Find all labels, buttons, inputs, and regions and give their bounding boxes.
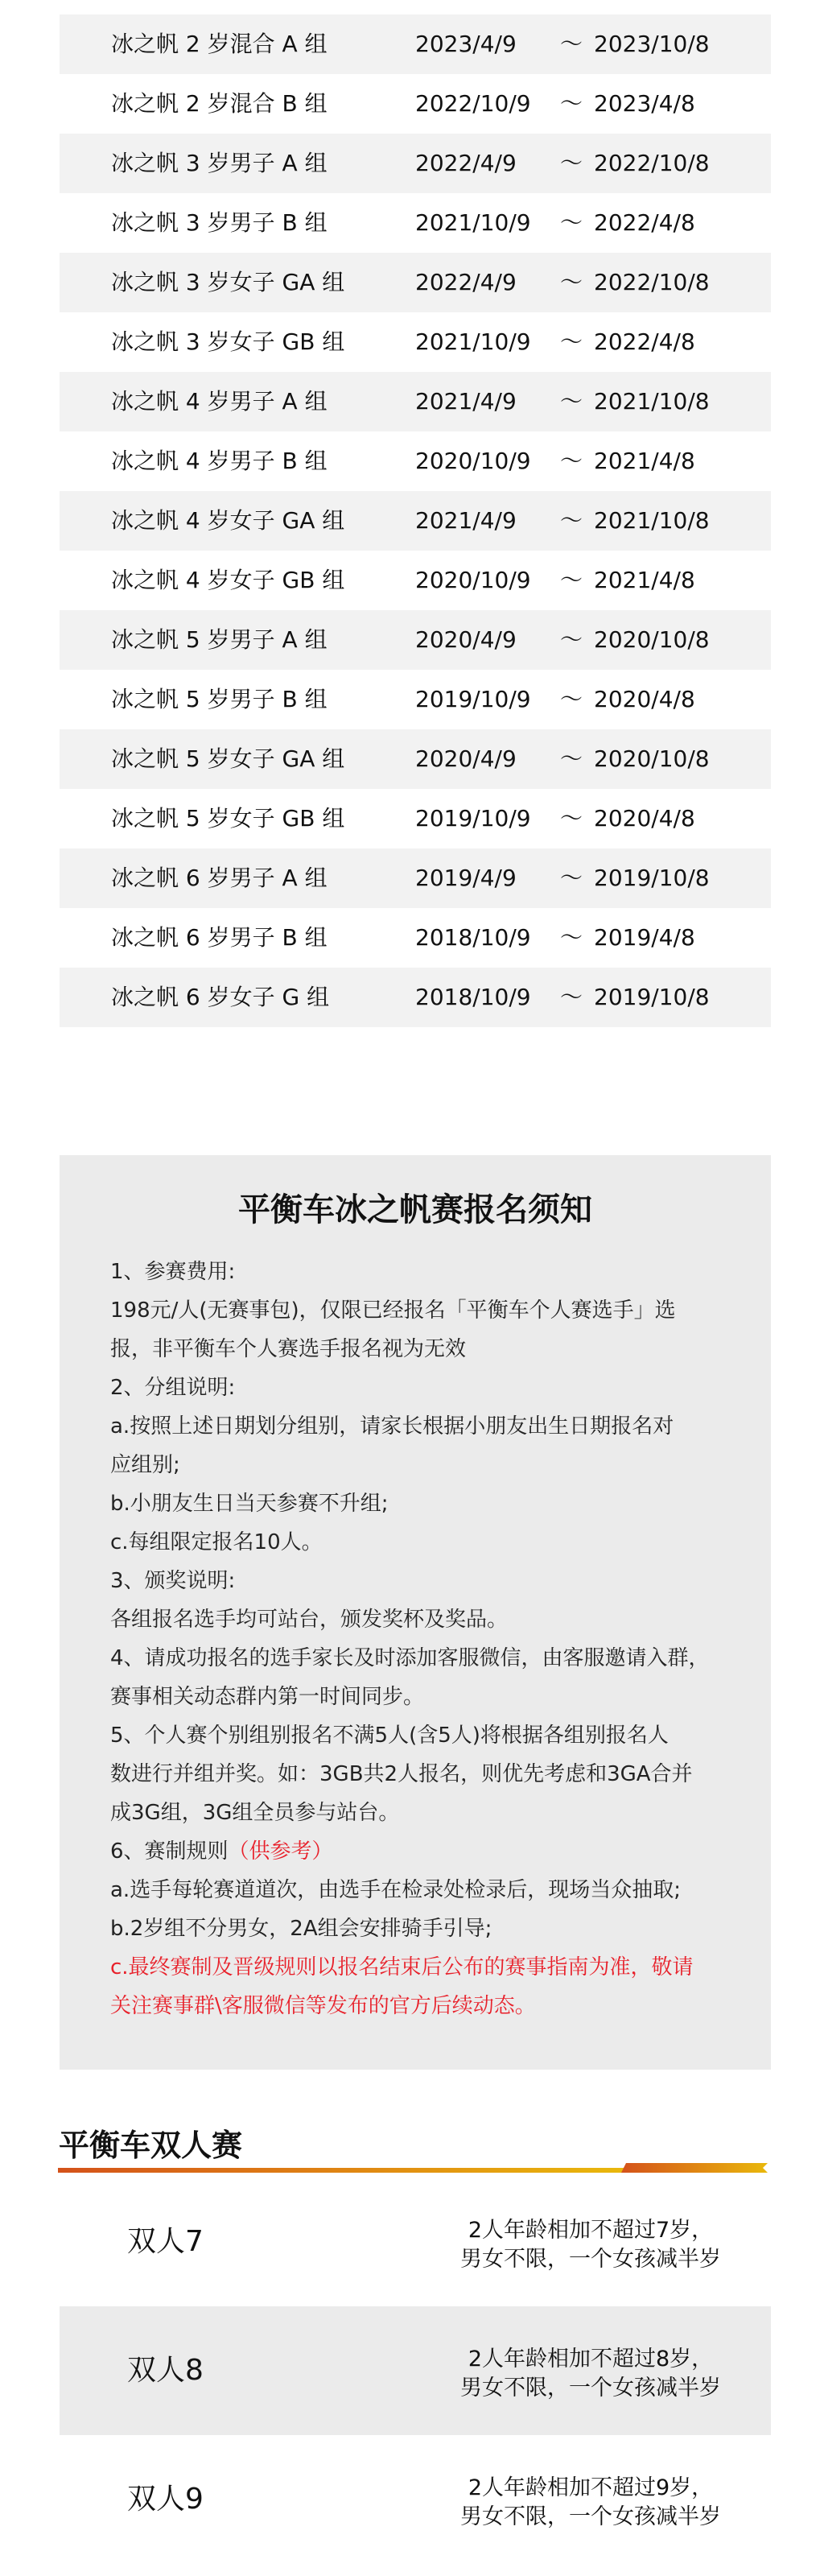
birth-date-start: 2022/4/9 [415,134,517,193]
group-name: 冰之帆 4 岁男子 B 组 [111,431,328,491]
range-separator: ～ [560,372,583,431]
group-name: 冰之帆 6 岁男子 A 组 [111,848,328,908]
birth-date-end: 2019/10/8 [594,968,710,1027]
table-row: 冰之帆 5 岁女子 GB 组 2019/10/9 ～ 2020/4/8 [60,789,771,848]
birth-date-start: 2020/10/9 [415,551,531,610]
table-row: 冰之帆 3 岁女子 GB 组 2021/10/9 ～ 2022/4/8 [60,312,771,372]
range-separator: ～ [560,729,583,789]
duo-group-name: 双人9 [127,2435,204,2564]
duo-group-name: 双人8 [127,2306,204,2435]
rule-c-highlight: c.最终赛制及晋级规则以报名结束后公布的赛事指南为准，敬请 [110,1948,746,1987]
merge-groups-note: 5、个人赛个别组别报名不满5人(含5人)将根据各组别报名人 [110,1716,746,1755]
birth-date-start: 2023/4/9 [415,14,517,74]
range-separator: ～ [560,74,583,134]
group-name: 冰之帆 4 岁女子 GB 组 [111,551,344,610]
wechat-note: 4、请成功报名的选手家长及时添加客服微信，由客服邀请入群， [110,1639,746,1678]
birth-date-end: 2022/4/8 [594,193,695,253]
grouping-rule-a: 应组别; [110,1446,746,1484]
range-separator: ～ [560,968,583,1027]
awards-text: 各组报名选手均可站台，颁发奖杯及奖品。 [110,1600,746,1639]
birth-date-start: 2018/10/9 [415,968,531,1027]
group-name: 冰之帆 2 岁混合 A 组 [111,14,328,74]
birth-date-end: 2020/10/8 [594,729,710,789]
table-row: 双人7 2人年龄相加不超过7岁， 男女不限，一个女孩减半岁 [60,2178,771,2306]
range-separator: ～ [560,134,583,193]
birth-date-start: 2021/10/9 [415,193,531,253]
gender-rule-text: 男女不限，一个女孩减半岁 [446,2245,735,2274]
group-name: 冰之帆 4 岁女子 GA 组 [111,491,344,551]
notice-body: 1、参赛费用: 198元/人(无赛事包)，仅限已经报名「平衡车个人赛选手」选 报… [110,1253,746,2025]
birth-date-end: 2021/10/8 [594,372,710,431]
range-separator: ～ [560,908,583,968]
table-row: 双人9 2人年龄相加不超过9岁， 男女不限，一个女孩减半岁 [60,2435,771,2564]
birth-date-end: 2021/4/8 [594,431,695,491]
grouping-rule-a: a.按照上述日期划分组别，请家长根据小朋友出生日期报名对 [110,1407,746,1446]
group-name: 冰之帆 3 岁女子 GB 组 [111,312,344,372]
table-row: 冰之帆 2 岁混合 B 组 2022/10/9 ～ 2023/4/8 [60,74,771,134]
merge-groups-note: 数进行并组并奖。如：3GB共2人报名，则优先考虑和3GA合并 [110,1755,746,1794]
age-limit-text: 2人年龄相加不超过9岁， [446,2474,735,2503]
fee-heading: 1、参赛费用: [110,1253,746,1291]
range-separator: ～ [560,670,583,729]
table-row: 冰之帆 2 岁混合 A 组 2023/4/9 ～ 2023/10/8 [60,14,771,74]
merge-groups-note: 成3G组，3G组全员参与站台。 [110,1794,746,1832]
birth-date-end: 2023/10/8 [594,14,710,74]
birth-date-end: 2020/4/8 [594,670,695,729]
fee-text: 报，非平衡车个人赛选手报名视为无效 [110,1330,746,1368]
awards-heading: 3、颁奖说明: [110,1562,746,1600]
grouping-heading: 2、分组说明: [110,1368,746,1407]
range-separator: ～ [560,848,583,908]
birth-date-end: 2023/4/8 [594,74,695,134]
rule-b: b.2岁组不分男女，2A组会安排骑手引导; [110,1909,746,1948]
table-row: 冰之帆 5 岁男子 B 组 2019/10/9 ～ 2020/4/8 [60,670,771,729]
notice-title: 平衡车冰之帆赛报名须知 [60,1191,771,1229]
table-row: 冰之帆 4 岁女子 GB 组 2020/10/9 ～ 2021/4/8 [60,551,771,610]
table-row: 冰之帆 3 岁男子 B 组 2021/10/9 ～ 2022/4/8 [60,193,771,253]
table-row: 冰之帆 6 岁男子 B 组 2018/10/9 ～ 2019/4/8 [60,908,771,968]
group-name: 冰之帆 4 岁男子 A 组 [111,372,328,431]
birth-date-start: 2019/10/9 [415,670,531,729]
range-separator: ～ [560,789,583,848]
table-row: 冰之帆 6 岁男子 A 组 2019/4/9 ～ 2019/10/8 [60,848,771,908]
table-row: 冰之帆 6 岁女子 G 组 2018/10/9 ～ 2019/10/8 [60,968,771,1027]
birth-date-start: 2020/4/9 [415,610,517,670]
range-separator: ～ [560,312,583,372]
duo-race-table: 双人7 2人年龄相加不超过7岁， 男女不限，一个女孩减半岁 双人8 2人年龄相加… [60,2178,771,2564]
birth-date-start: 2021/4/9 [415,372,517,431]
rules-reference-note: （供参考） [229,1839,333,1864]
group-name: 冰之帆 2 岁混合 B 组 [111,74,328,134]
birth-date-end: 2021/4/8 [594,551,695,610]
range-separator: ～ [560,14,583,74]
range-separator: ～ [560,253,583,312]
birth-date-end: 2022/4/8 [594,312,695,372]
grouping-rule-c: c.每组限定报名10人。 [110,1523,746,1562]
fee-text: 198元/人(无赛事包)，仅限已经报名「平衡车个人赛选手」选 [110,1291,746,1330]
table-row: 冰之帆 3 岁女子 GA 组 2022/4/9 ～ 2022/10/8 [60,253,771,312]
group-name: 冰之帆 3 岁男子 B 组 [111,193,328,253]
section-title-duo: 平衡车双人赛 [59,2126,242,2165]
birth-date-start: 2022/4/9 [415,253,517,312]
grouping-rule-b: b.小朋友生日当天参赛不升组; [110,1484,746,1523]
rule-c-highlight: 关注赛事群\客服微信等发布的官方后续动态。 [110,1987,746,2025]
group-name: 冰之帆 5 岁女子 GA 组 [111,729,344,789]
rule-a: a.选手每轮赛道道次，由选手在检录处检录后，现场当众抽取; [110,1871,746,1909]
group-name: 冰之帆 3 岁女子 GA 组 [111,253,344,312]
table-row: 冰之帆 5 岁男子 A 组 2020/4/9 ～ 2020/10/8 [60,610,771,670]
rules-heading-label: 6、赛制规则 [110,1839,229,1864]
birth-date-start: 2020/10/9 [415,431,531,491]
birth-date-end: 2020/4/8 [594,789,695,848]
group-name: 冰之帆 6 岁女子 G 组 [111,968,329,1027]
birth-date-start: 2018/10/9 [415,908,531,968]
range-separator: ～ [560,491,583,551]
table-row: 冰之帆 4 岁男子 A 组 2021/4/9 ～ 2021/10/8 [60,372,771,431]
section-underline-ribbon [58,2162,768,2173]
group-name: 冰之帆 3 岁男子 A 组 [111,134,328,193]
wechat-note: 赛事相关动态群内第一时间同步。 [110,1678,746,1716]
table-row: 冰之帆 3 岁男子 A 组 2022/4/9 ～ 2022/10/8 [60,134,771,193]
birth-date-start: 2019/10/9 [415,789,531,848]
table-row: 冰之帆 4 岁男子 B 组 2020/10/9 ～ 2021/4/8 [60,431,771,491]
gender-rule-text: 男女不限，一个女孩减半岁 [446,2503,735,2532]
birth-date-end: 2021/10/8 [594,491,710,551]
birth-date-end: 2019/10/8 [594,848,710,908]
table-row: 冰之帆 4 岁女子 GA 组 2021/4/9 ～ 2021/10/8 [60,491,771,551]
birth-date-end: 2022/10/8 [594,134,710,193]
table-row: 冰之帆 5 岁女子 GA 组 2020/4/9 ～ 2020/10/8 [60,729,771,789]
duo-group-description: 2人年龄相加不超过7岁， 男女不限，一个女孩减半岁 [446,2216,735,2274]
duo-group-description: 2人年龄相加不超过9岁， 男女不限，一个女孩减半岁 [446,2474,735,2532]
registration-notice-box: 平衡车冰之帆赛报名须知 1、参赛费用: 198元/人(无赛事包)，仅限已经报名「… [60,1155,771,2070]
birth-date-end: 2019/4/8 [594,908,695,968]
group-name: 冰之帆 5 岁男子 B 组 [111,670,328,729]
age-group-table: 冰之帆 2 岁混合 A 组 2023/4/9 ～ 2023/10/8 冰之帆 2… [60,14,771,1027]
range-separator: ～ [560,193,583,253]
birth-date-start: 2019/4/9 [415,848,517,908]
birth-date-start: 2021/10/9 [415,312,531,372]
birth-date-end: 2022/10/8 [594,253,710,312]
duo-group-name: 双人7 [127,2178,204,2306]
table-row: 双人8 2人年龄相加不超过8岁， 男女不限，一个女孩减半岁 [60,2306,771,2435]
rules-heading: 6、赛制规则（供参考） [110,1832,746,1871]
birth-date-start: 2020/4/9 [415,729,517,789]
group-name: 冰之帆 6 岁男子 B 组 [111,908,328,968]
birth-date-end: 2020/10/8 [594,610,710,670]
duo-group-description: 2人年龄相加不超过8岁， 男女不限，一个女孩减半岁 [446,2345,735,2403]
age-limit-text: 2人年龄相加不超过8岁， [446,2345,735,2374]
range-separator: ～ [560,610,583,670]
range-separator: ～ [560,551,583,610]
age-limit-text: 2人年龄相加不超过7岁， [446,2216,735,2245]
gender-rule-text: 男女不限，一个女孩减半岁 [446,2374,735,2403]
range-separator: ～ [560,431,583,491]
birth-date-start: 2022/10/9 [415,74,531,134]
group-name: 冰之帆 5 岁女子 GB 组 [111,789,344,848]
group-name: 冰之帆 5 岁男子 A 组 [111,610,328,670]
birth-date-start: 2021/4/9 [415,491,517,551]
